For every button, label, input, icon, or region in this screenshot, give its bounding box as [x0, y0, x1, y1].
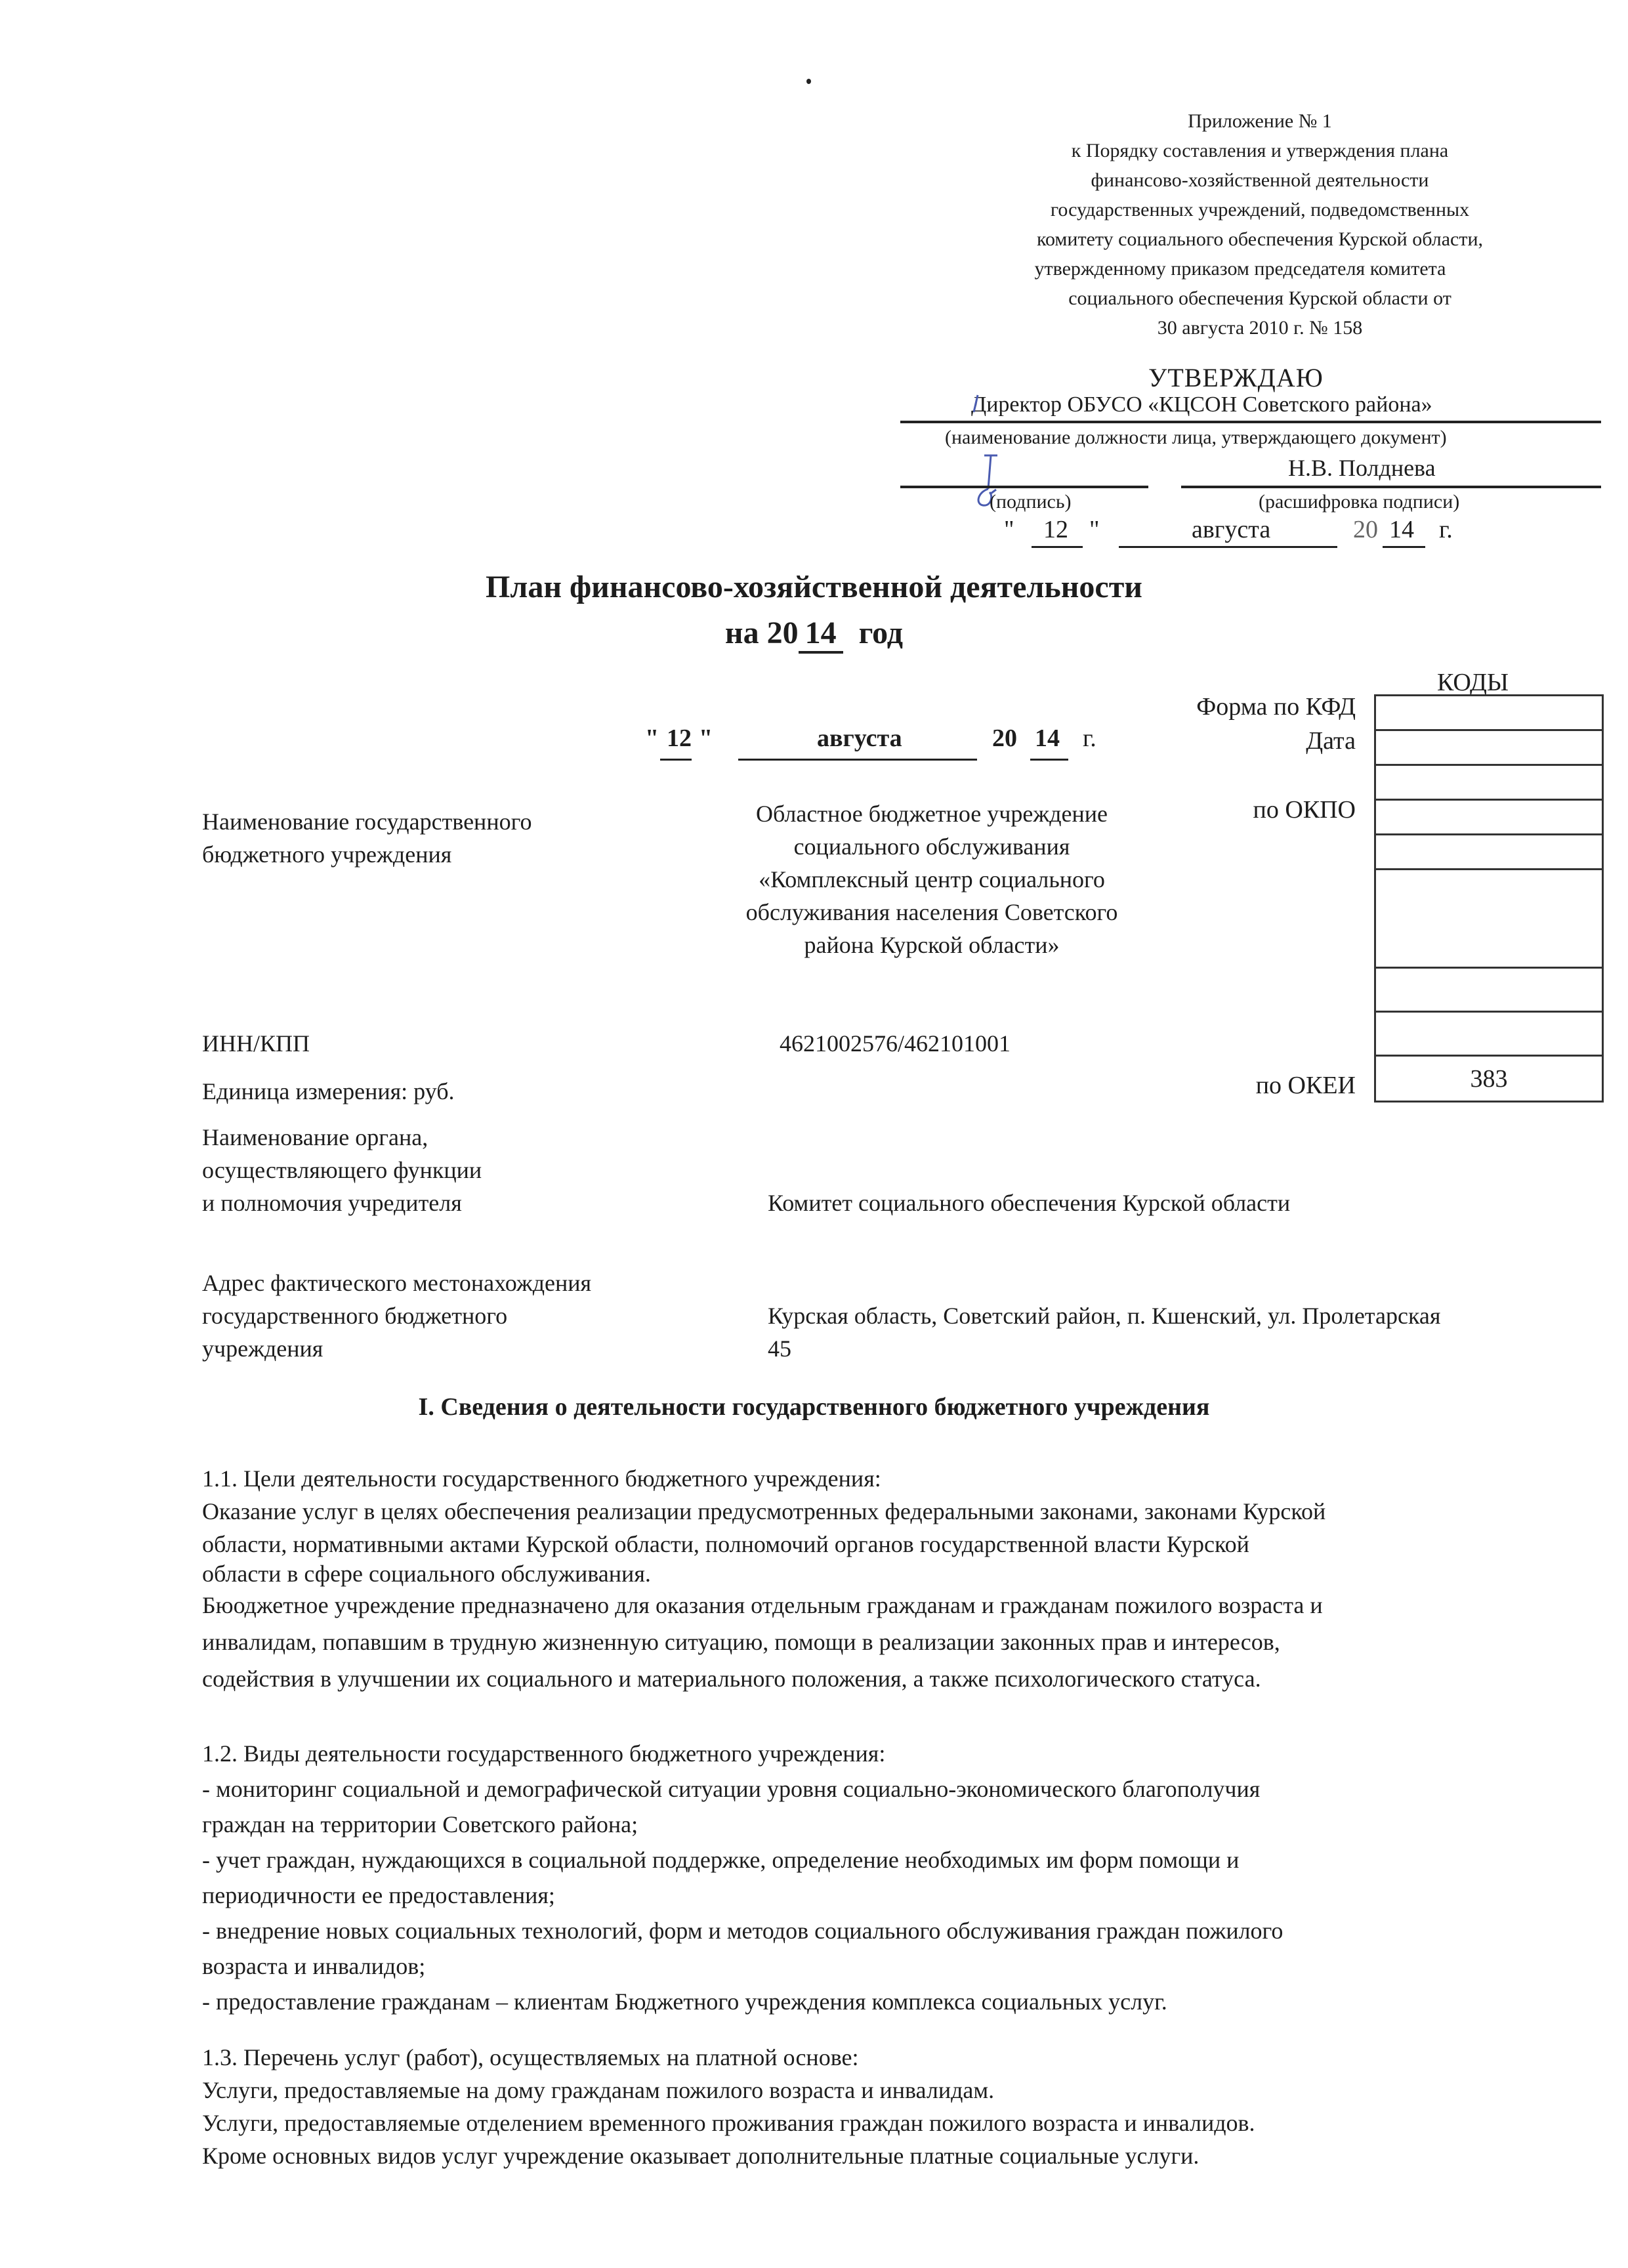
goals-section: 1.1. Цели деятельности государственного … — [202, 1462, 1613, 1697]
year-underline — [1030, 759, 1068, 761]
label-line: Наименование органа, — [202, 1121, 482, 1154]
doc-month: августа — [817, 724, 902, 753]
label-line: государственного бюджетного — [202, 1299, 591, 1332]
signature-underline — [900, 486, 1148, 488]
goals-heading: 1.1. Цели деятельности государственного … — [202, 1462, 1613, 1495]
institution-value: Областное бюджетное учреждение социально… — [673, 797, 1191, 961]
approver-position: Директор ОБУСО «КЦСОН Советского района» — [971, 392, 1432, 417]
code-cell — [1376, 833, 1602, 868]
activity-item: - предоставление гражданам – клиентам Бю… — [202, 1984, 1613, 2019]
paid-item: Кроме основных видов услуг учреждение ок… — [202, 2139, 1613, 2172]
label-line: и полномочия учредителя — [202, 1186, 482, 1219]
value-line: обслуживания населения Советского — [673, 896, 1191, 929]
label-line: Наименование государственного — [202, 805, 532, 838]
date-quote: " — [1089, 515, 1100, 544]
approval-title: УТВЕРЖДАЮ — [1148, 362, 1324, 393]
appendix-line: к Порядку составления и утверждения план… — [965, 136, 1555, 165]
title-year-line: на 2014 год — [0, 610, 1628, 656]
founder-value: Комитет социального обеспечения Курской … — [768, 1186, 1290, 1219]
code-cell — [1376, 1011, 1602, 1055]
approval-day: 12 — [1043, 515, 1068, 544]
appendix-line: Приложение № 1 — [965, 106, 1555, 136]
label-okei: по ОКЕИ — [1256, 1071, 1356, 1100]
appendix-line: 30 августа 2010 г. № 158 — [965, 313, 1555, 343]
value-line: района Курской области» — [673, 929, 1191, 961]
code-cell — [1376, 868, 1602, 967]
name-caption: (расшифровка подписи) — [1259, 491, 1459, 513]
label-line: учреждения — [202, 1332, 591, 1365]
activity-item: - мониторинг социальной и демографическо… — [202, 1771, 1613, 1807]
value-line: «Комплексный центр социального — [673, 863, 1191, 896]
title-year-prefix: на 20 — [725, 616, 799, 650]
body-line: инвалидам, попавшим в трудную жизненную … — [202, 1624, 1613, 1660]
appendix-reference: Приложение № 1 к Порядку составления и у… — [965, 106, 1555, 343]
paid-item: Услуги, предоставляемые на дому граждана… — [202, 2074, 1613, 2107]
label-line: осуществляющего функции — [202, 1154, 482, 1186]
address-label: Адрес фактического местонахождения госуд… — [202, 1267, 591, 1365]
code-cell-okpo — [1376, 799, 1602, 833]
doc-day: 12 — [667, 724, 692, 753]
document-title: План финансово-хозяйственной деятельност… — [0, 564, 1628, 656]
body-line: области, нормативными актами Курской обл… — [202, 1528, 1613, 1561]
code-cell-date — [1376, 729, 1602, 764]
body-line: содействия в улучшении их социального и … — [202, 1660, 1613, 1697]
day-underline — [660, 759, 692, 761]
title-year: 14 — [799, 616, 843, 654]
codes-table: 383 — [1374, 694, 1604, 1102]
inn-value: 4621002576/462101001 — [780, 1027, 1011, 1060]
appendix-line: утвержденному приказом председателя коми… — [925, 254, 1555, 283]
codes-header: КОДЫ — [1437, 668, 1509, 697]
activity-item: периодичности ее предоставления; — [202, 1878, 1613, 1913]
label-form-kfd: Форма по КФД — [1196, 692, 1356, 721]
doc-year-unit: г. — [1083, 724, 1096, 753]
appendix-line: финансово-хозяйственной деятельности — [965, 165, 1555, 195]
approver-name: Н.В. Полднева — [1288, 454, 1436, 482]
scan-speck — [806, 79, 811, 84]
doc-year: 14 — [1035, 724, 1060, 753]
doc-year-prefix: 20 — [992, 724, 1017, 753]
activities-section: 1.2. Виды деятельности государственного … — [202, 1736, 1613, 2019]
activity-item: граждан на территории Советского района; — [202, 1807, 1613, 1842]
date-quote: " — [645, 724, 659, 753]
position-underline — [900, 421, 1601, 423]
institution-label: Наименование государственного бюджетного… — [202, 805, 532, 871]
date-quote: " — [1004, 515, 1014, 544]
appendix-line: государственных учреждений, подведомстве… — [965, 195, 1555, 224]
label-line: Адрес фактического местонахождения — [202, 1267, 591, 1299]
appendix-line: комитету социального обеспечения Курской… — [965, 224, 1555, 254]
name-underline — [1181, 486, 1601, 488]
code-cell — [1376, 764, 1602, 799]
day-underline — [1032, 546, 1083, 548]
body-line: Оказание услуг в целях обеспечения реали… — [202, 1495, 1613, 1528]
activities-heading: 1.2. Виды деятельности государственного … — [202, 1736, 1613, 1771]
paid-heading: 1.3. Перечень услуг (работ), осуществляе… — [202, 2041, 1613, 2074]
approval-month: августа — [1192, 515, 1270, 544]
initial-mark — [971, 394, 980, 413]
month-underline — [1119, 546, 1337, 548]
inn-label: ИНН/КПП — [202, 1027, 310, 1060]
address-value: Курская область, Советский район, п. Кше… — [768, 1299, 1440, 1365]
activity-item: возраста и инвалидов; — [202, 1948, 1613, 1984]
code-cell-okei: 383 — [1376, 1055, 1602, 1101]
title-line: План финансово-хозяйственной деятельност… — [0, 564, 1628, 610]
approval-year: 14 — [1389, 515, 1414, 544]
body-line: области в сфере социального обслуживания… — [202, 1561, 1613, 1587]
value-line: социального обслуживания — [673, 830, 1191, 863]
value-line: 45 — [768, 1332, 1440, 1365]
paid-item: Услуги, предоставляемые отделением време… — [202, 2107, 1613, 2139]
appendix-line: социального обеспечения Курской области … — [965, 283, 1555, 313]
label-line: бюджетного учреждения — [202, 838, 532, 871]
unit-label: Единица измерения: руб. — [202, 1075, 455, 1108]
signature-caption: (подпись) — [990, 491, 1072, 513]
activity-item: - внедрение новых социальных технологий,… — [202, 1913, 1613, 1948]
label-date: Дата — [1306, 726, 1356, 755]
label-okpo: по ОКПО — [1253, 795, 1356, 824]
code-cell — [1376, 967, 1602, 1011]
code-cell-form — [1376, 694, 1602, 729]
month-underline — [738, 759, 977, 761]
date-quote: " — [699, 724, 713, 753]
section-heading: I. Сведения о деятельности государственн… — [0, 1393, 1628, 1421]
body-line: Бюоджетное учреждение предназначено для … — [202, 1587, 1613, 1624]
value-line: Областное бюджетное учреждение — [673, 797, 1191, 830]
approval-year-unit: г. — [1439, 515, 1453, 544]
paid-services-section: 1.3. Перечень услуг (работ), осуществляе… — [202, 2041, 1613, 2172]
founder-label: Наименование органа, осуществляющего фун… — [202, 1121, 482, 1219]
value-line: Курская область, Советский район, п. Кше… — [768, 1299, 1440, 1332]
activity-item: - учет граждан, нуждающихся в социальной… — [202, 1842, 1613, 1878]
position-caption: (наименование должности лица, утверждающ… — [945, 427, 1447, 449]
approval-year-prefix: 20 — [1353, 515, 1378, 544]
title-year-suffix: год — [859, 616, 904, 650]
year-underline — [1383, 546, 1425, 548]
